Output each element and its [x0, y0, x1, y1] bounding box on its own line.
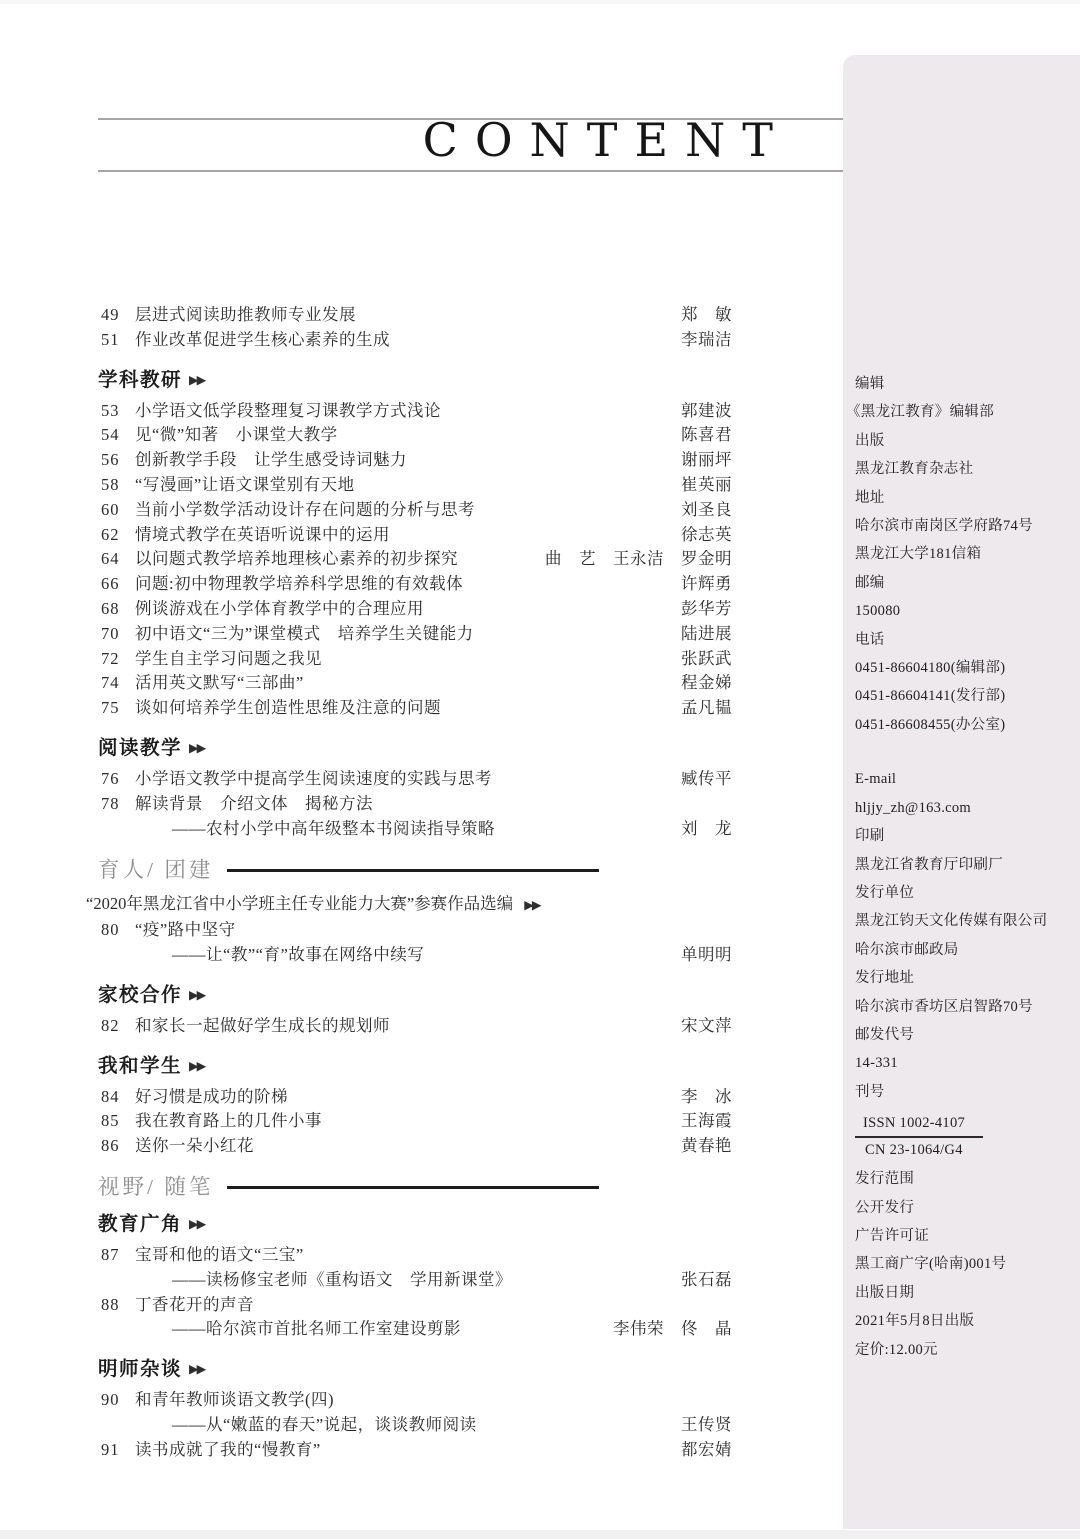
section-label: 明师杂谈 — [98, 1353, 182, 1381]
page-edge-bottom — [0, 1530, 1080, 1539]
section-arrows-icon: ▶▶ — [189, 1213, 204, 1231]
section-divider-label: 育人/ 团建 — [98, 853, 213, 884]
article-authors: 宋文萍 — [681, 1014, 732, 1039]
article-authors: 王海霞 — [681, 1109, 732, 1134]
toc-article-row: 74活用英文默写“三部曲”程金娣 — [98, 671, 732, 696]
article-authors: 郑 敏 — [681, 303, 732, 328]
article-title: 当前小学数学活动设计存在问题的分析与思考 — [135, 498, 673, 523]
table-of-contents: 49层进式阅读助推教师专业发展郑 敏51作业改革促进学生核心素养的生成李瑞洁学科… — [98, 303, 732, 1463]
toc-article-row: 51作业改革促进学生核心素养的生成李瑞洁 — [98, 328, 732, 353]
toc-article-row: 88丁香花开的声音 — [98, 1293, 732, 1318]
article-title: 层进式阅读助推教师专业发展 — [135, 303, 673, 328]
publication-info-line: 黑龙江钧天文化传媒有限公司 — [855, 907, 1073, 935]
article-title: 问题:初中物理教学培养科学思维的有效载体 — [135, 572, 673, 597]
article-page-number: 66 — [98, 572, 135, 597]
info-gap — [855, 739, 1073, 765]
toc-article-row: 66问题:初中物理教学培养科学思维的有效载体许辉勇 — [98, 572, 732, 597]
article-authors: 郭建波 — [681, 399, 732, 424]
publication-info-line: 《黑龙江教育》编辑部 — [846, 398, 1073, 426]
article-page-number: 49 — [98, 303, 135, 328]
page-title: CONTENT — [98, 112, 790, 168]
toc-article-row: 82和家长一起做好学生成长的规划师宋文萍 — [98, 1014, 732, 1039]
publication-info-line: 编辑 — [855, 370, 1073, 398]
article-page-number: 87 — [98, 1243, 135, 1268]
article-title: 和家长一起做好学生成长的规划师 — [135, 1014, 673, 1039]
article-page-number: 85 — [98, 1109, 135, 1134]
article-authors: 谢丽坪 — [681, 448, 732, 473]
article-page-number: 72 — [98, 647, 135, 672]
toc-article-row: 58“写漫画”让语文课堂别有天地崔英丽 — [98, 473, 732, 498]
article-authors: 陈喜君 — [681, 423, 732, 448]
section-label: 阅读教学 — [98, 732, 182, 760]
toc-article-row: 87宝哥和他的语文“三宝” — [98, 1243, 732, 1268]
publication-info-line: 广告许可证 — [855, 1222, 1073, 1250]
article-title: 创新教学手段 让学生感受诗词魅力 — [135, 448, 673, 473]
article-page-number: 88 — [98, 1293, 135, 1318]
publication-info-line: 0451-86608455(办公室) — [855, 711, 1073, 739]
toc-article-row: 84好习惯是成功的阶梯李 冰 — [98, 1085, 732, 1110]
article-title: 解读背景 介绍文体 揭秘方法 — [135, 792, 732, 817]
publication-info-line: 哈尔滨市香坊区启智路70号 — [855, 993, 1073, 1021]
article-page-number: 90 — [98, 1388, 135, 1413]
section-header: 明师杂谈▶▶ — [98, 1354, 732, 1380]
article-page-number: 86 — [98, 1134, 135, 1159]
publication-info-line: 印刷 — [855, 822, 1073, 850]
section-header: 学科教研▶▶ — [98, 365, 732, 391]
publication-info-line: 定价:12.00元 — [855, 1336, 1073, 1364]
article-authors: 张石磊 — [681, 1268, 732, 1293]
article-title: 我在教育路上的几件小事 — [135, 1109, 673, 1134]
publication-info-line: 发行地址 — [855, 964, 1073, 992]
publication-info-line: 哈尔滨市南岗区学府路74号 — [855, 512, 1073, 540]
publication-info-line: 黑龙江省教育厅印刷厂 — [855, 851, 1073, 879]
publication-info-line: 刊号 — [855, 1078, 1073, 1106]
publication-info-line: 出版 — [855, 427, 1073, 455]
publication-info-list: 编辑《黑龙江教育》编辑部出版黑龙江教育杂志社地址哈尔滨市南岗区学府路74号黑龙江… — [855, 370, 1073, 1364]
article-authors: 曲 艺 王永洁 罗金明 — [545, 547, 732, 572]
article-title: 和青年教师谈语文教学(四) — [135, 1388, 732, 1413]
article-authors: 李 冰 — [681, 1085, 732, 1110]
article-authors: 张跃武 — [681, 647, 732, 672]
article-authors: 臧传平 — [681, 767, 732, 792]
toc-article-row: 70初中语文“三为”课堂模式 培养学生关键能力陆进展 — [98, 622, 732, 647]
publication-info-line: 0451-86604180(编辑部) — [855, 654, 1073, 682]
publication-info-line: E-mail — [855, 765, 1073, 793]
section-arrows-icon: ▶▶ — [189, 1358, 204, 1376]
publication-info-line: 电话 — [855, 626, 1073, 654]
toc-article-row: 60当前小学数学活动设计存在问题的分析与思考刘圣良 — [98, 498, 732, 523]
toc-article-subtitle-row: ——哈尔滨市首批名师工作室建设剪影李伟荣 佟 晶 — [98, 1317, 732, 1342]
toc-article-subtitle-row: ——让“教”“育”故事在网络中续写单明明 — [98, 943, 732, 968]
article-authors: 李瑞洁 — [681, 328, 732, 353]
toc-article-row: 68例谈游戏在小学体育教学中的合理应用彭华芳 — [98, 597, 732, 622]
publication-info-line: 邮编 — [855, 569, 1073, 597]
article-authors: 崔英丽 — [681, 473, 732, 498]
article-page-number: 76 — [98, 767, 135, 792]
toc-article-row: 54见“微”知著 小课堂大教学陈喜君 — [98, 423, 732, 448]
publication-info-line: 黑龙江大学181信箱 — [855, 540, 1073, 568]
article-authors: 陆进展 — [681, 622, 732, 647]
section-arrows-icon: ▶▶ — [189, 984, 204, 1002]
article-title: 宝哥和他的语文“三宝” — [135, 1243, 732, 1268]
note-text: “2020年黑龙江省中小学班主任专业能力大赛”参赛作品选编 — [86, 892, 517, 917]
publication-info-line: 黑工商广字(哈南)001号 — [855, 1250, 1073, 1278]
article-subtitle: ——从“嫩蓝的春天”说起，谈谈教师阅读 — [98, 1413, 673, 1438]
publication-info-line: 地址 — [855, 484, 1073, 512]
publication-info-line: 14-331 — [855, 1049, 1073, 1077]
publication-info-line: hljjy_zh@163.com — [855, 794, 1073, 822]
article-page-number: 68 — [98, 597, 135, 622]
article-title: 初中语文“三为”课堂模式 培养学生关键能力 — [135, 622, 673, 647]
article-authors: 彭华芳 — [681, 597, 732, 622]
article-authors: 李伟荣 佟 晶 — [613, 1317, 732, 1342]
section-divider-rule — [227, 1186, 599, 1189]
article-title: 例谈游戏在小学体育教学中的合理应用 — [135, 597, 673, 622]
article-title: 作业改革促进学生核心素养的生成 — [135, 328, 673, 353]
article-page-number: 80 — [98, 918, 135, 943]
article-title: “疫”路中坚守 — [135, 918, 732, 943]
article-authors: 刘圣良 — [681, 498, 732, 523]
article-page-number: 78 — [98, 792, 135, 817]
article-subtitle: ——哈尔滨市首批名师工作室建设剪影 — [98, 1317, 605, 1342]
toc-article-subtitle-row: ——读杨修宝老师《重构语文 学用新课堂》张石磊 — [98, 1268, 732, 1293]
toc-article-row: 49层进式阅读助推教师专业发展郑 敏 — [98, 303, 732, 328]
toc-article-row: 90和青年教师谈语文教学(四) — [98, 1388, 732, 1413]
publication-info-line: 发行范围 — [855, 1165, 1073, 1193]
section-divider-header: 视野/ 随笔 — [98, 1171, 732, 1201]
article-page-number: 58 — [98, 473, 135, 498]
toc-article-row: 75谈如何培养学生创造性思维及注意的问题孟凡韫 — [98, 696, 732, 721]
section-arrows-icon: ▶▶ — [189, 1055, 204, 1073]
publication-info-line: 2021年5月8日出版 — [855, 1307, 1073, 1335]
toc-article-row: 91读书成就了我的“慢教育”都宏婧 — [98, 1438, 732, 1463]
article-page-number: 75 — [98, 696, 135, 721]
toc-article-row: 78解读背景 介绍文体 揭秘方法 — [98, 792, 732, 817]
publication-info-line: 哈尔滨市邮政局 — [855, 936, 1073, 964]
article-page-number: 91 — [98, 1438, 135, 1463]
article-title: 学生自主学习问题之我见 — [135, 647, 673, 672]
section-arrows-icon: ▶▶ — [524, 891, 539, 918]
toc-article-row: 80“疫”路中坚守 — [98, 918, 732, 943]
article-page-number: 54 — [98, 423, 135, 448]
article-title: 读书成就了我的“慢教育” — [135, 1438, 673, 1463]
publication-info-line: 出版日期 — [855, 1279, 1073, 1307]
article-title: 小学语文低学段整理复习课教学方式浅论 — [135, 399, 673, 424]
article-page-number: 62 — [98, 523, 135, 548]
article-authors: 单明明 — [681, 943, 732, 968]
article-subtitle: ——农村小学中高年级整本书阅读指导策略 — [98, 817, 673, 842]
section-arrows-icon: ▶▶ — [189, 369, 204, 387]
article-authors: 徐志英 — [681, 523, 732, 548]
section-header: 教育广角▶▶ — [98, 1209, 732, 1235]
article-title: 谈如何培养学生创造性思维及注意的问题 — [135, 696, 673, 721]
publication-info-line: 邮发代号 — [855, 1021, 1073, 1049]
article-title: 小学语文教学中提高学生阅读速度的实践与思考 — [135, 767, 673, 792]
toc-article-row: 76小学语文教学中提高学生阅读速度的实践与思考臧传平 — [98, 767, 732, 792]
article-title: 丁香花开的声音 — [135, 1293, 732, 1318]
toc-article-row: 56创新教学手段 让学生感受诗词魅力谢丽坪 — [98, 448, 732, 473]
publication-info-line: 公开发行 — [855, 1194, 1073, 1222]
article-title: 见“微”知著 小课堂大教学 — [135, 423, 673, 448]
toc-article-subtitle-row: ——从“嫩蓝的春天”说起，谈谈教师阅读王传贤 — [98, 1413, 732, 1438]
toc-article-row: 62情境式教学在英语听说课中的运用徐志英 — [98, 523, 732, 548]
section-arrows-icon: ▶▶ — [189, 737, 204, 755]
toc-article-row: 72学生自主学习问题之我见张跃武 — [98, 647, 732, 672]
section-label: 家校合作 — [98, 979, 182, 1007]
section-label: 我和学生 — [98, 1050, 182, 1078]
publication-info-line: 0451-86604141(发行部) — [855, 682, 1073, 710]
section-header: 阅读教学▶▶ — [98, 733, 732, 759]
cn-number: CN 23-1064/G4 — [855, 1138, 1073, 1162]
article-page-number: 70 — [98, 622, 135, 647]
article-page-number: 53 — [98, 399, 135, 424]
publication-info-line: 150080 — [855, 597, 1073, 625]
section-divider-header: 育人/ 团建 — [98, 853, 732, 883]
publication-info-line: 发行单位 — [855, 879, 1073, 907]
article-authors: 都宏婧 — [681, 1438, 732, 1463]
article-title: 活用英文默写“三部曲” — [135, 671, 673, 696]
article-subtitle: ——读杨修宝老师《重构语文 学用新课堂》 — [98, 1268, 673, 1293]
article-authors: 刘 龙 — [681, 817, 732, 842]
article-authors: 黄春艳 — [681, 1134, 732, 1159]
issn-number: ISSN 1002-4107 — [855, 1111, 983, 1138]
article-authors: 程金娣 — [681, 671, 732, 696]
page-edge-top — [0, 0, 1080, 4]
toc-article-row: 85我在教育路上的几件小事王海霞 — [98, 1109, 732, 1134]
toc-article-subtitle-row: ——农村小学中高年级整本书阅读指导策略刘 龙 — [98, 817, 732, 842]
article-page-number: 82 — [98, 1014, 135, 1039]
publication-info-line: 黑龙江教育杂志社 — [855, 455, 1073, 483]
article-subtitle: ——让“教”“育”故事在网络中续写 — [98, 943, 673, 968]
section-divider-rule — [227, 869, 599, 872]
toc-article-row: 64以问题式教学培养地理核心素养的初步探究曲 艺 王永洁 罗金明 — [98, 547, 732, 572]
section-header: 家校合作▶▶ — [98, 980, 732, 1006]
section-divider-label: 视野/ 随笔 — [98, 1170, 213, 1201]
article-page-number: 64 — [98, 547, 135, 572]
article-authors: 王传贤 — [681, 1413, 732, 1438]
article-authors: 许辉勇 — [681, 572, 732, 597]
contest-selection-note: “2020年黑龙江省中小学班主任专业能力大赛”参赛作品选编 ▶▶ — [86, 891, 732, 918]
section-label: 教育广角 — [98, 1208, 182, 1236]
article-title: 送你一朵小红花 — [135, 1134, 673, 1159]
journal-number-block: ISSN 1002-4107CN 23-1064/G4 — [855, 1111, 1073, 1162]
article-page-number: 51 — [98, 328, 135, 353]
article-page-number: 60 — [98, 498, 135, 523]
section-label: 学科教研 — [98, 364, 182, 392]
section-header: 我和学生▶▶ — [98, 1051, 732, 1077]
article-page-number: 74 — [98, 671, 135, 696]
article-title: 情境式教学在英语听说课中的运用 — [135, 523, 673, 548]
article-page-number: 84 — [98, 1085, 135, 1110]
article-page-number: 56 — [98, 448, 135, 473]
toc-article-row: 86送你一朵小红花黄春艳 — [98, 1134, 732, 1159]
header-rule-bottom — [98, 170, 843, 172]
toc-article-row: 53小学语文低学段整理复习课教学方式浅论郭建波 — [98, 399, 732, 424]
article-title: 好习惯是成功的阶梯 — [135, 1085, 673, 1110]
article-title: 以问题式教学培养地理核心素养的初步探究 — [135, 547, 537, 572]
article-authors: 孟凡韫 — [681, 696, 732, 721]
article-title: “写漫画”让语文课堂别有天地 — [135, 473, 673, 498]
